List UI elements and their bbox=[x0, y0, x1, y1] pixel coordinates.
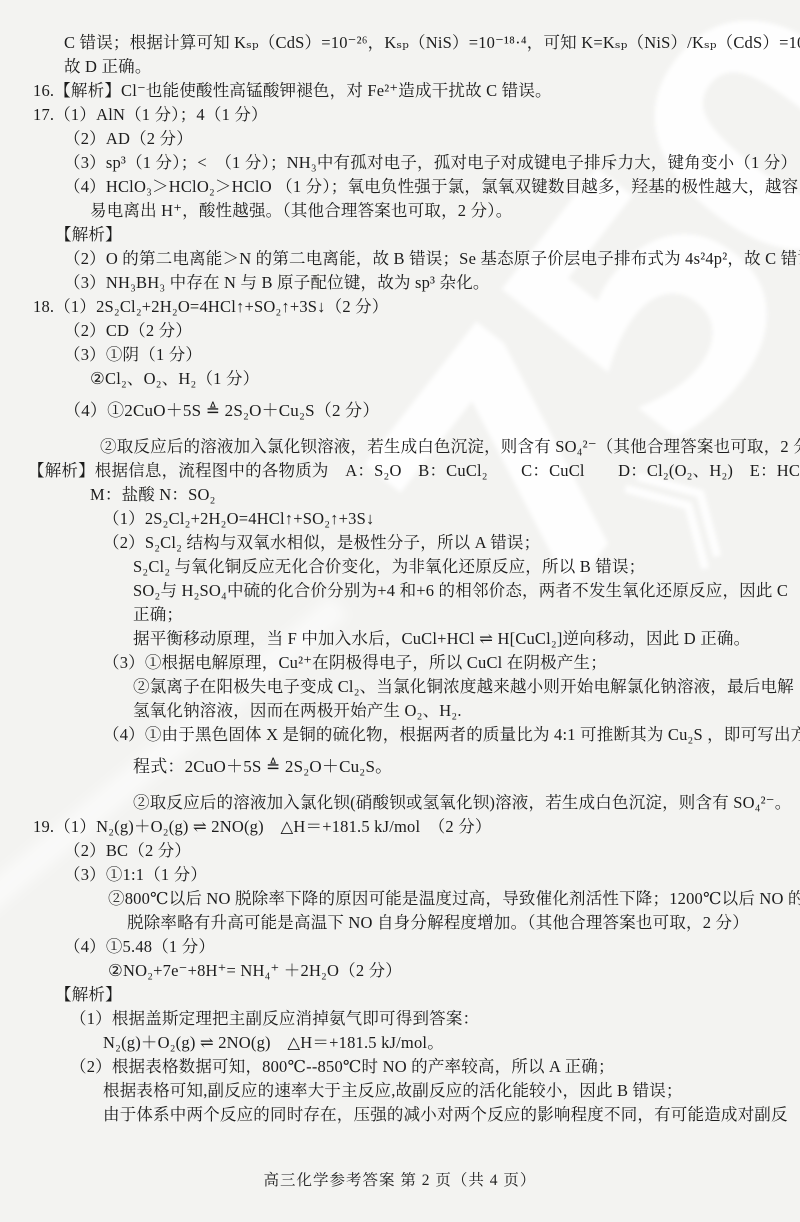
answer-line: （2）CD（2 分） bbox=[0, 319, 800, 343]
answer-sheet-page: C 错误；根据计算可知 Kₛₚ（CdS）=10⁻²⁶，Kₛₚ（NiS）=10⁻¹… bbox=[0, 0, 800, 1222]
answer-line-q17: 17.（1）AlN（1 分）；4（1 分） bbox=[0, 103, 800, 127]
equation-line: 程式：2CuO＋5S ≜ 2S₂O＋Cu₂S。 bbox=[0, 755, 800, 779]
answer-line: （4）①5.48（1 分） bbox=[0, 935, 800, 959]
answer-line: SO₂与 H₂SO₄中硫的化合价分别为+4 和+6 的相邻价态，两者不发生氧化还… bbox=[0, 579, 800, 603]
answer-line: （2）O 的第二电离能＞N 的第二电离能，故 B 错误；Se 基态原子价层电子排… bbox=[0, 247, 800, 271]
answer-line: 氢氧化钠溶液，因而在两极开始产生 O₂、H₂. bbox=[0, 699, 800, 723]
answer-line: 脱除率略有升高可能是高温下 NO 自身分解程度增加。（其他合理答案也可取，2 分… bbox=[0, 911, 800, 935]
answer-line: （3）sp³（1 分）；< （1 分）；NH₃中有孤对电子，孤对电子对成键电子排… bbox=[0, 151, 800, 175]
analysis-heading: 【解析】 bbox=[0, 983, 800, 1007]
answer-line: （1）2S₂Cl₂+2H₂O=4HCl↑+SO₂↑+3S↓ bbox=[0, 507, 800, 531]
answer-line: ②取反应后的溶液加入氯化钡溶液，若生成白色沉淀，则含有 SO₄²⁻（其他合理答案… bbox=[0, 435, 800, 459]
answer-line: ②NO₂+7e⁻+8H⁺= NH₄⁺ ＋2H₂O（2 分） bbox=[0, 959, 800, 983]
answer-line: 故 D 正确。 bbox=[0, 55, 800, 79]
answer-line: （3）①1:1（1 分） bbox=[0, 863, 800, 887]
answer-line-q16: 16.【解析】Cl⁻也能使酸性高锰酸钾褪色，对 Fe²⁺造成干扰故 C 错误。 bbox=[0, 79, 800, 103]
answer-line: 据平衡移动原理，当 F 中加入水后，CuCl+HCl ⇌ H[CuCl₂]逆向移… bbox=[0, 627, 800, 651]
answer-line: C 错误；根据计算可知 Kₛₚ（CdS）=10⁻²⁶，Kₛₚ（NiS）=10⁻¹… bbox=[0, 31, 800, 55]
answer-line: （3）NH₃BH₃ 中存在 N 与 B 原子配位键，故为 sp³ 杂化。 bbox=[0, 271, 800, 295]
answer-line: ②取反应后的溶液加入氯化钡(硝酸钡或氢氧化钡)溶液，若生成白色沉淀，则含有 SO… bbox=[0, 791, 800, 815]
answer-line: （4）HClO₃＞HClO₂＞HClO （1 分）；氧电负性强于氯，氯氧双键数目… bbox=[0, 175, 800, 199]
answer-line: （2）AD（2 分） bbox=[0, 127, 800, 151]
answer-line: （3）①阴（1 分） bbox=[0, 343, 800, 367]
analysis-heading-q18: 【解析】根据信息，流程图中的各物质为 A：S₂O B：CuCl₂ C：CuCl … bbox=[0, 459, 800, 483]
answer-line: 易电离出 H⁺，酸性越强。（其他合理答案也可取，2 分）。 bbox=[0, 199, 800, 223]
answer-line: （2）S₂Cl₂ 结构与双氧水相似，是极性分子，所以 A 错误； bbox=[0, 531, 800, 555]
answer-line: 根据表格可知,副反应的速率大于主反应,故副反应的活化能较小，因此 B 错误； bbox=[0, 1079, 800, 1103]
answer-line: 正确； bbox=[0, 603, 800, 627]
answer-line: S₂Cl₂ 与氧化铜反应无化合价变化，为非氧化还原反应，所以 B 错误； bbox=[0, 555, 800, 579]
answer-line: （1）根据盖斯定理把主副反应消掉氨气即可得到答案： bbox=[0, 1007, 800, 1031]
answer-line-q18: 18.（1）2S₂Cl₂+2H₂O=4HCl↑+SO₂↑+3S↓（2 分） bbox=[0, 295, 800, 319]
equation-line: （4）①2CuO＋5S ≜ 2S₂O＋Cu₂S（2 分） bbox=[0, 399, 800, 423]
answer-line: M：盐酸 N：SO₂ bbox=[0, 483, 800, 507]
answer-line: ②Cl₂、O₂、H₂（1 分） bbox=[0, 367, 800, 391]
analysis-heading: 【解析】 bbox=[0, 223, 800, 247]
answer-line: （2）根据表格数据可知，800℃--850℃时 NO 的产率较高，所以 A 正确… bbox=[0, 1055, 800, 1079]
answer-line: N₂(g)＋O₂(g) ⇌ 2NO(g) △H＝+181.5 kJ/mol。 bbox=[0, 1031, 800, 1055]
answer-line: ②氯离子在阳极失电子变成 Cl₂、当氯化铜浓度越来越小则开始电解氯化钠溶液，最后… bbox=[0, 675, 800, 699]
answer-line: （2）BC（2 分） bbox=[0, 839, 800, 863]
answer-line: 由于体系中两个反应的同时存在，压强的减小对两个反应的影响程度不同，有可能造成对副… bbox=[0, 1103, 800, 1127]
answer-line: ②800℃以后 NO 脱除率下降的原因可能是温度过高，导致催化剂活性下降；120… bbox=[0, 887, 800, 911]
page-footer: 高三化学参考答案 第 2 页（共 4 页） bbox=[0, 1168, 800, 1190]
answer-line-q19: 19.（1）N₂(g)＋O₂(g) ⇌ 2NO(g) △H＝+181.5 kJ/… bbox=[0, 815, 800, 839]
answer-line: （3）①根据电解原理，Cu²⁺在阴极得电子，所以 CuCl 在阴极产生； bbox=[0, 651, 800, 675]
answer-line: （4）①由于黑色固体 X 是铜的硫化物，根据两者的质量比为 4:1 可推断其为 … bbox=[0, 723, 800, 747]
